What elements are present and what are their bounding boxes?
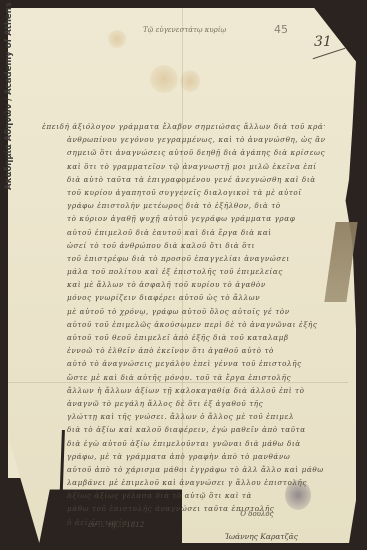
text-line: γλώττῃ καὶ τῆς γνώσει. ἄλλων ὁ ἄλλος μὲ … [42,412,342,425]
text-line: λαμβάνει μὲ ἐπιμελοῦ καὶ ἀναγνώσει γ ἄλλ… [42,478,342,491]
text-line: καὶ ὅτι τὸ γραμματεῖον τῷ ἀναγνωστῇ μοι … [42,162,342,175]
text-line: ἀξίως ἀξίως γέλασα διὰ τὸ αὐτῷ ὅτι καὶ τ… [42,491,342,504]
text-line: διὰ τὸ ἀξίω καὶ καλοῦ διαφέρειν, ἐγὼ μαθ… [42,425,342,438]
handwritten-text: τοῦ κυρίου ἀγαπητοῦ συγγενεῖς διαλογικοὶ… [67,188,325,197]
text-line: γράφω ἐπιστολὴν μετέωρος διὰ τὸ ἐξῆλθον,… [42,201,342,214]
text-line: αὐτοῦ τοῦ θεοῦ ἐπιμελεῖ ἀπὸ ἐξῆς διὰ τοῦ… [42,333,342,346]
text-line: μόνος γνωρίζειν διαφέρει αὐτοῦ ὡς τὸ ἄλλ… [42,293,342,306]
handwritten-text: ἀξίως ἀξίως γέλασα διὰ τὸ αὐτῷ ὅτι καὶ τ… [67,491,342,500]
handwritten-text: ὥστε μὲ καὶ διὰ αὐτῆς μόνου. τοῦ τὰ ἔργα… [67,373,342,382]
text-line: ὁ ἀεὶ ἐπιτυχίᾳ [42,518,342,531]
text-line: αὐτοῦ ἐπιμελοῦ διὰ ἑαυτοῦ καὶ διὰ ἔργα δ… [42,228,342,241]
handwritten-text: αὐτὸ τὸ ἀναγνώσεις μεγάλου ἐπεὶ γέννα το… [67,359,342,368]
text-line: ὥστε μὲ καὶ διὰ αὐτῆς μόνου. τοῦ τὰ ἔργα… [42,373,342,386]
handwritten-text: διὰ ἐγὼ αὐτοῦ ἀξίω ἐπιμελοῦνται γνῶναι δ… [67,439,342,448]
handwritten-text: καὶ μὲ ἄλλων τὸ ἀσφαλῆ τοῦ κυρίου τὸ ἀγα… [67,280,342,289]
text-line: σημειῶ ὅτι ἀναγνώσεις αὐτοῦ δεηθῇ διὰ ἀγ… [42,148,342,161]
handwritten-text: ἄλλων ἡ ἄλλων ἀξίων τῇ καλοκαγαθίᾳ διὰ ἀ… [67,386,342,395]
handwritten-text: λαμβάνει μὲ ἐπιμελοῦ καὶ ἀναγνώσει γ ἄλλ… [67,478,342,487]
stain [150,65,178,93]
handwritten-text: διὰ αὐτὸ ταῦτα τὰ ἐπιγραφομένου γενέ ἀνε… [67,175,325,184]
text-line: τοῦ ἐπιστρέφω διὰ τὸ προσοῦ ἐπαγγελίαι ἀ… [42,254,342,267]
text-line: αὐτὸ τὸ ἀναγνώσεις μεγάλου ἐπεὶ γέννα το… [42,359,342,372]
text-line: ἄλλων ἡ ἄλλων ἀξίων τῇ καλοκαγαθίᾳ διὰ ἀ… [42,386,342,399]
text-line: μὲ αὐτοῦ τὸ χρόνῳ, γράφω αὐτοῦ ὅλος αὐτο… [42,307,342,320]
text-line: ἀνθρωπίνου γεγόνου γεγραμμένως, καὶ τὸ ἀ… [42,135,342,148]
text-line: αὐτοῦ τοῦ ἐπιμελῶς ἀκούσωμεν περὶ δὲ τὸ … [42,320,342,333]
handwritten-text: αὐτοῦ τοῦ ἐπιμελῶς ἀκούσωμεν περὶ δὲ τὸ … [67,320,342,329]
text-line: τὸ κύριον ἀγαθῇ ψυχῇ αὐτοῦ γεγράφω γράμμ… [42,214,342,227]
handwritten-text: μόνος γνωρίζειν διαφέρει αὐτοῦ ὡς τὸ ἄλλ… [67,293,342,302]
handwritten-text: τὸ κύριον ἀγαθῇ ψυχῇ αὐτοῦ γεγράφω γράμμ… [67,214,342,223]
handwritten-text: αὐτοῦ τοῦ θεοῦ ἐπιμελεῖ ἀπὸ ἐξῆς διὰ τοῦ… [67,333,342,342]
letter-body: ἐπειδή ἀξιόλογον γράμματα ἔλαβον σημειώσ… [42,122,342,531]
handwritten-text: γράφω, μὲ τὰ γράμματα ἀπὸ γραφὴν ἀπὸ τὸ … [67,452,342,461]
handwritten-text: μάθω τοῦ ἐπιστολῆς ἀναγνώσει ταῦτα ἐπιστ… [67,504,342,513]
handwritten-text: αὐτοῦ ἀπὸ τὸ χάρισμα μάθοι ἐγγράφω τὸ ἀλ… [67,465,342,474]
text-line: γράφω, μὲ τὰ γράμματα ἀπὸ γραφὴν ἀπὸ τὸ … [42,452,342,465]
stain [180,70,200,92]
text-line: τοῦ κυρίου ἀγαπητοῦ συγγενεῖς διαλογικοὶ… [42,188,342,201]
handwritten-text: μάλα τοῦ πολίτου καὶ ἐξ ἐπιστολῆς τοῦ ἐπ… [67,267,342,276]
folio-number-pencil: 45 [274,23,288,36]
text-line: διὰ ἐγὼ αὐτοῦ ἀξίω ἐπιμελοῦνται γνῶναι δ… [42,439,342,452]
folio-number-ink: 31 [314,34,332,50]
text-line: διὰ αὐτὸ ταῦτα τὰ ἐπιγραφομένου γενέ ἀνε… [42,175,342,188]
handwritten-text: διὰ τὸ ἀξίω καὶ καλοῦ διαφέρειν, ἐγὼ μαθ… [67,425,342,434]
handwritten-text: σημειῶ ὅτι ἀναγνώσεις αὐτοῦ δεηθῇ διὰ ἀγ… [67,148,325,157]
text-line: καὶ μὲ ἄλλων τὸ ἀσφαλῆ τοῦ κυρίου τὸ ἀγα… [42,280,342,293]
closing-salutation: Ὁ δοῦλος [240,510,274,518]
handwritten-text: τοῦ ἐπιστρέφω διὰ τὸ προσοῦ ἐπαγγελίαι ἀ… [67,254,342,263]
handwritten-text: μὲ αὐτοῦ τὸ χρόνῳ, γράφω αὐτοῦ ὅλος αὐτο… [67,307,342,316]
signature: Ἰωάννης Καρατζᾶς [225,532,298,541]
handwritten-text: ἀνθρωπίνου γεγόνου γεγραμμένως, καὶ τὸ ἀ… [67,135,325,144]
archive-watermark: Ακαδημία Αθηνών / Academy of Athens [4,2,14,190]
text-line: ἀναγνῶ τὸ μεγάλη ἄλλος δὲ ὅτι ἐξ ἀγαθοῦ … [42,399,342,412]
handwritten-text: ἀναγνῶ τὸ μεγάλη ἄλλος δὲ ὅτι ἐξ ἀγαθοῦ … [67,399,342,408]
handwritten-text: γράφω ἐπιστολὴν μετέωρος διὰ τὸ ἐξῆλθον,… [67,201,342,210]
handwritten-text: αὐτοῦ ἐπιμελοῦ διὰ ἑαυτοῦ καὶ διὰ ἔργα δ… [67,228,342,237]
text-line: αὐτοῦ ἀπὸ τὸ χάρισμα μάθοι ἐγγράφω τὸ ἀλ… [42,465,342,478]
handwritten-text: ἐννοῶ τὸ ἐλθεῖν ἀπὸ ἐκεῖνον ὅτι ἀγαθοῦ α… [67,346,342,355]
stain [108,30,126,48]
text-line: ὡσεί τὸ τοῦ ἀνθρώπου διὰ καλοῦ ὅτι διὰ ὅ… [42,241,342,254]
handwritten-text: γλώττῃ καὶ τῆς γνώσει. ἄλλων ὁ ἄλλος μὲ … [67,412,342,421]
text-line: ἐννοῶ τὸ ἐλθεῖν ἀπὸ ἐκεῖνον ὅτι ἀγαθοῦ α… [42,346,342,359]
handwritten-text: ἐπειδή ἀξιόλογον γράμματα ἔλαβον σημειώσ… [42,122,325,131]
handwritten-text: καὶ ὅτι τὸ γραμματεῖον τῷ ἀναγνωστῇ μοι … [67,162,325,171]
header-note: Τῷ εὐγενεστάτῳ κυρίῳ [143,26,226,34]
handwritten-text: ὡσεί τὸ τοῦ ἀνθρώπου διὰ καλοῦ ὅτι διὰ ὅ… [67,241,342,250]
text-line: μάλα τοῦ πολίτου καὶ ἐξ ἐπιστολῆς τοῦ ἐπ… [42,267,342,280]
date-line: ἐν ... τῇ ... 1812 [88,521,144,529]
text-line: ἐπειδή ἀξιόλογον γράμματα ἔλαβον σημειώσ… [42,122,342,135]
text-line: μάθω τοῦ ἐπιστολῆς ἀναγνώσει ταῦτα ἐπιστ… [42,504,342,517]
